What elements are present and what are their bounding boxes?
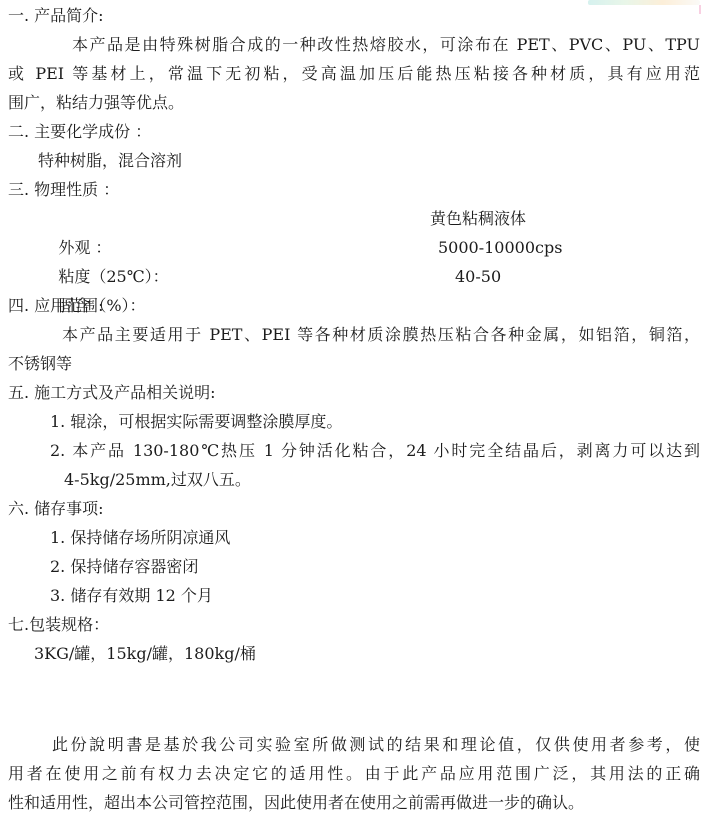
section-7-body: 3KG/罐，15kg/罐，180kg/桶	[8, 639, 700, 668]
section-3-heading: 三. 物理性质 ：	[8, 175, 700, 204]
property-row-viscosity: 粘度（25℃）： 5000-10000cps	[8, 233, 700, 262]
disclaimer-line-3: 性和适用性，超出本公司管控范围，因此使用者在使用之前需再做进一步的确认。	[8, 788, 700, 817]
property-value-viscosity: 5000-10000cps	[438, 233, 562, 262]
disclaimer-line-2: 用者在使用之前有权力去决定它的适用性。由于此产品应用范围广泛，其用法的正确	[8, 759, 700, 788]
section-2-body: 特种树脂，混合溶剂	[8, 146, 700, 175]
section-1-paragraph-line-2: 或 PEI 等基材上，常温下无初粘，受高温加压后能热压粘接各种材质，具有应用范	[8, 59, 700, 88]
property-row-solid-content: 固含（%）： 40-50	[8, 262, 700, 291]
section-4-paragraph-line-2: 不锈钢等	[8, 349, 700, 378]
section-6-item-2: 2. 保持储存容器密闭	[8, 552, 700, 581]
section-7-heading: 七.包装规格：	[8, 610, 700, 639]
section-5-heading: 五. 施工方式及产品相关说明:	[8, 378, 700, 407]
section-4-heading: 四. 应用范围:	[8, 291, 700, 320]
section-5-item-1: 1. 辊涂，可根据实际需要调整涂膜厚度。	[8, 407, 700, 436]
section-6-item-1: 1. 保持储存场所阴凉通风	[8, 523, 700, 552]
document-page: 一. 产品简介: 本产品是由特殊树脂合成的一种改性热熔胶水，可涂布在 PET、P…	[0, 0, 706, 823]
property-value-appearance: 黄色粘稠液体	[430, 204, 526, 233]
section-1-paragraph-line-3: 围广，粘结力强等优点。	[8, 88, 700, 117]
section-4-paragraph-line-1: 本产品主要适用于 PET、PEI 等各种材质涂膜热压粘合各种金属，如铝箔，铜箔，	[8, 320, 700, 349]
section-6-heading: 六. 储存事项:	[8, 494, 700, 523]
disclaimer-paragraph: 此份說明書是基於我公司实验室所做测试的结果和理论值，仅供使用者参考，使 用者在使…	[8, 730, 700, 817]
property-row-appearance: 外观 ： 黄色粘稠液体	[8, 204, 700, 233]
section-6-item-3: 3. 储存有效期 12 个月	[8, 581, 700, 610]
section-5-item-2-line-2: 4-5kg/25mm,过双八五。	[8, 465, 700, 494]
disclaimer-line-1: 此份說明書是基於我公司实验室所做测试的结果和理论值，仅供使用者参考，使	[8, 730, 700, 759]
section-2-heading: 二. 主要化学成份 ：	[8, 117, 700, 146]
section-5-item-2-line-1: 2. 本产品 130-180℃热压 1 分钟活化粘合，24 小时完全结晶后，剥离…	[8, 436, 700, 465]
section-1-heading: 一. 产品简介:	[8, 1, 700, 30]
section-1-paragraph-line-1: 本产品是由特殊树脂合成的一种改性热熔胶水，可涂布在 PET、PVC、PU、TPU	[8, 30, 700, 59]
property-value-solid-content: 40-50	[455, 262, 501, 291]
